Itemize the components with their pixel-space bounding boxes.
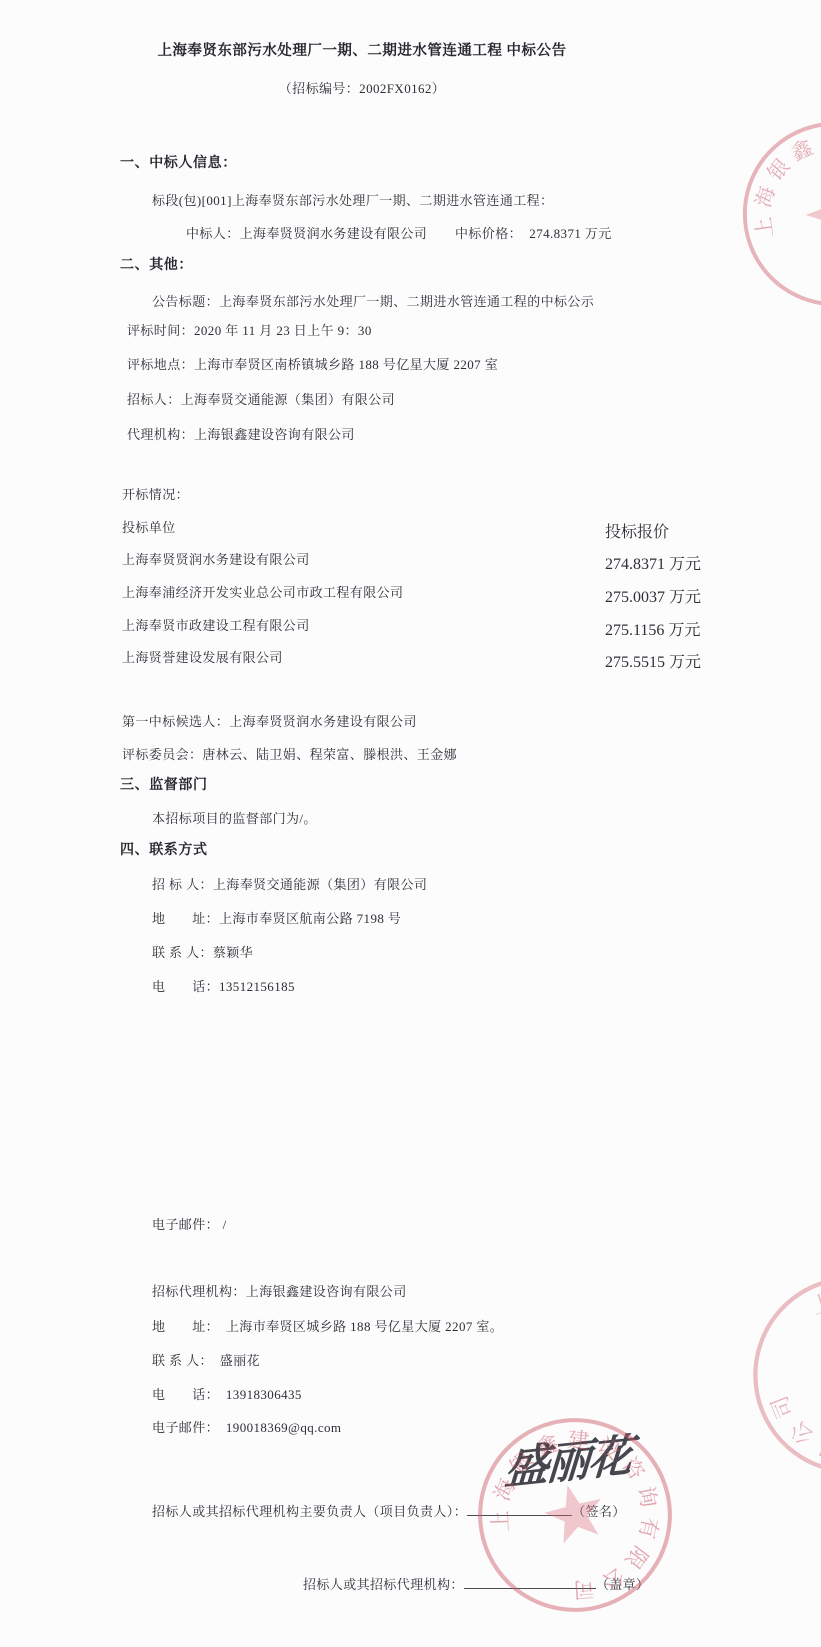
contact-agency-email: 电子邮件： 190018369@qq.com [152,1419,341,1437]
winner-line: 中标人：上海奉贤贤润水务建设有限公司 [186,225,427,243]
contact-tenderer-person: 联 系 人：蔡颖华 [152,944,253,962]
contact-tenderer-email: 电子邮件： / [152,1216,227,1234]
page-title: 上海奉贤东部污水处理厂一期、二期进水管连通工程 中标公告 [0,42,724,60]
committee: 评标委员会：唐林云、陆卫娟、程荣富、滕根洪、王金娜 [122,746,457,764]
seal-line: 招标人或其招标代理机构：（盖章） [303,1575,649,1594]
sign-line: 招标人或其招标代理机构主要负责人（项目负责人）：（签名） [152,1502,626,1521]
section2-heading: 二、其他： [120,257,193,275]
bid-price: 275.0037 万元 [605,584,701,607]
col-price: 投标报价 [605,519,669,542]
svg-text:上海银鑫建设咨询有限公司: 上海银鑫建设咨询有限公司 [727,1251,821,1500]
table-row: 上海奉贤市政建设工程有限公司 275.1156 万元 [122,617,722,635]
bidder-name: 上海奉浦经济开发实业总公司市政工程有限公司 [122,584,403,602]
seal-label: 招标人或其招标代理机构： [303,1577,464,1592]
seal-underline [464,1575,596,1589]
col-bidder: 投标单位 [122,519,176,537]
bid-opening-label: 开标情况： [122,486,189,504]
seal-ring-text: 上海银鑫建设咨询有限公司 [728,107,821,321]
winner-price: 中标价格： 274.8371 万元 [455,225,612,243]
contact-agency-phone: 电 话： 13918306435 [152,1386,302,1404]
red-seal-top-right: 上海银鑫建设咨询有限公司 [709,88,821,339]
tenderer-line: 招标人：上海奉贤交通能源（集团）有限公司 [127,391,395,409]
table-row: 上海奉贤贤润水务建设有限公司 274.8371 万元 [122,551,722,569]
agency-line: 代理机构：上海银鑫建设咨询有限公司 [127,426,355,444]
signature-handwritten: 盛丽花 [503,1419,633,1497]
red-seal-right-edge: 上海银鑫建设咨询有限公司 [707,1230,821,1519]
eval-place: 评标地点：上海市奉贤区南桥镇城乡路 188 号亿星大厦 2207 室 [127,356,498,374]
contact-tenderer-address: 地 址：上海市奉贤区航南公路 7198 号 [152,910,401,928]
contact-tenderer-phone: 电 话：13512156185 [152,978,295,996]
contact-agency-person: 联 系 人： 盛丽花 [152,1352,260,1370]
seal-ring-text: 上海银鑫建设咨询有限公司 [727,1251,821,1500]
bid-price: 275.5515 万元 [605,649,701,672]
seal-suffix: （盖章） [596,1577,650,1592]
supervision-body: 本招标项目的监督部门为/。 [152,810,317,828]
first-candidate: 第一中标候选人：上海奉贤贤润水务建设有限公司 [122,713,417,731]
sign-suffix: （签名） [572,1504,626,1519]
tender-number: （招标编号：2002FX0162） [0,80,724,98]
lot-line: 标段(包)[001]上海奉贤东部污水处理厂一期、二期进水管连通工程： [152,192,553,210]
bid-table-header: 投标单位 投标报价 [122,519,722,537]
svg-text:上海银鑫建设咨询有限公司: 上海银鑫建设咨询有限公司 [728,107,821,321]
bid-price: 274.8371 万元 [605,551,701,574]
seal-star-icon [799,177,821,246]
document-page: 上海奉贤东部污水处理厂一期、二期进水管连通工程 中标公告 （招标编号：2002F… [0,0,821,1647]
table-row: 上海贤誉建设发展有限公司 275.5515 万元 [122,649,722,667]
signature-underline [467,1502,572,1516]
section1-heading: 一、中标人信息： [120,155,237,173]
bidder-name: 上海贤誉建设发展有限公司 [122,649,283,667]
contact-agency-address: 地 址： 上海市奉贤区城乡路 188 号亿星大厦 2207 室。 [152,1318,503,1336]
bidder-name: 上海奉贤贤润水务建设有限公司 [122,551,310,569]
bidder-name: 上海奉贤市政建设工程有限公司 [122,617,310,635]
section3-heading: 三、监督部门 [120,777,208,795]
eval-time: 评标时间：2020 年 11 月 23 日上午 9：30 [127,322,372,340]
table-row: 上海奉浦经济开发实业总公司市政工程有限公司 275.0037 万元 [122,584,722,602]
contact-tenderer-name: 招 标 人：上海奉贤交通能源（集团）有限公司 [152,876,427,894]
announcement-title: 公告标题：上海奉贤东部污水处理厂一期、二期进水管连通工程的中标公示 [152,293,594,311]
contact-agency-name: 招标代理机构：上海银鑫建设咨询有限公司 [152,1283,407,1301]
sign-label: 招标人或其招标代理机构主要负责人（项目负责人）： [152,1504,467,1519]
section4-heading: 四、联系方式 [120,842,208,860]
bid-price: 275.1156 万元 [605,617,700,640]
